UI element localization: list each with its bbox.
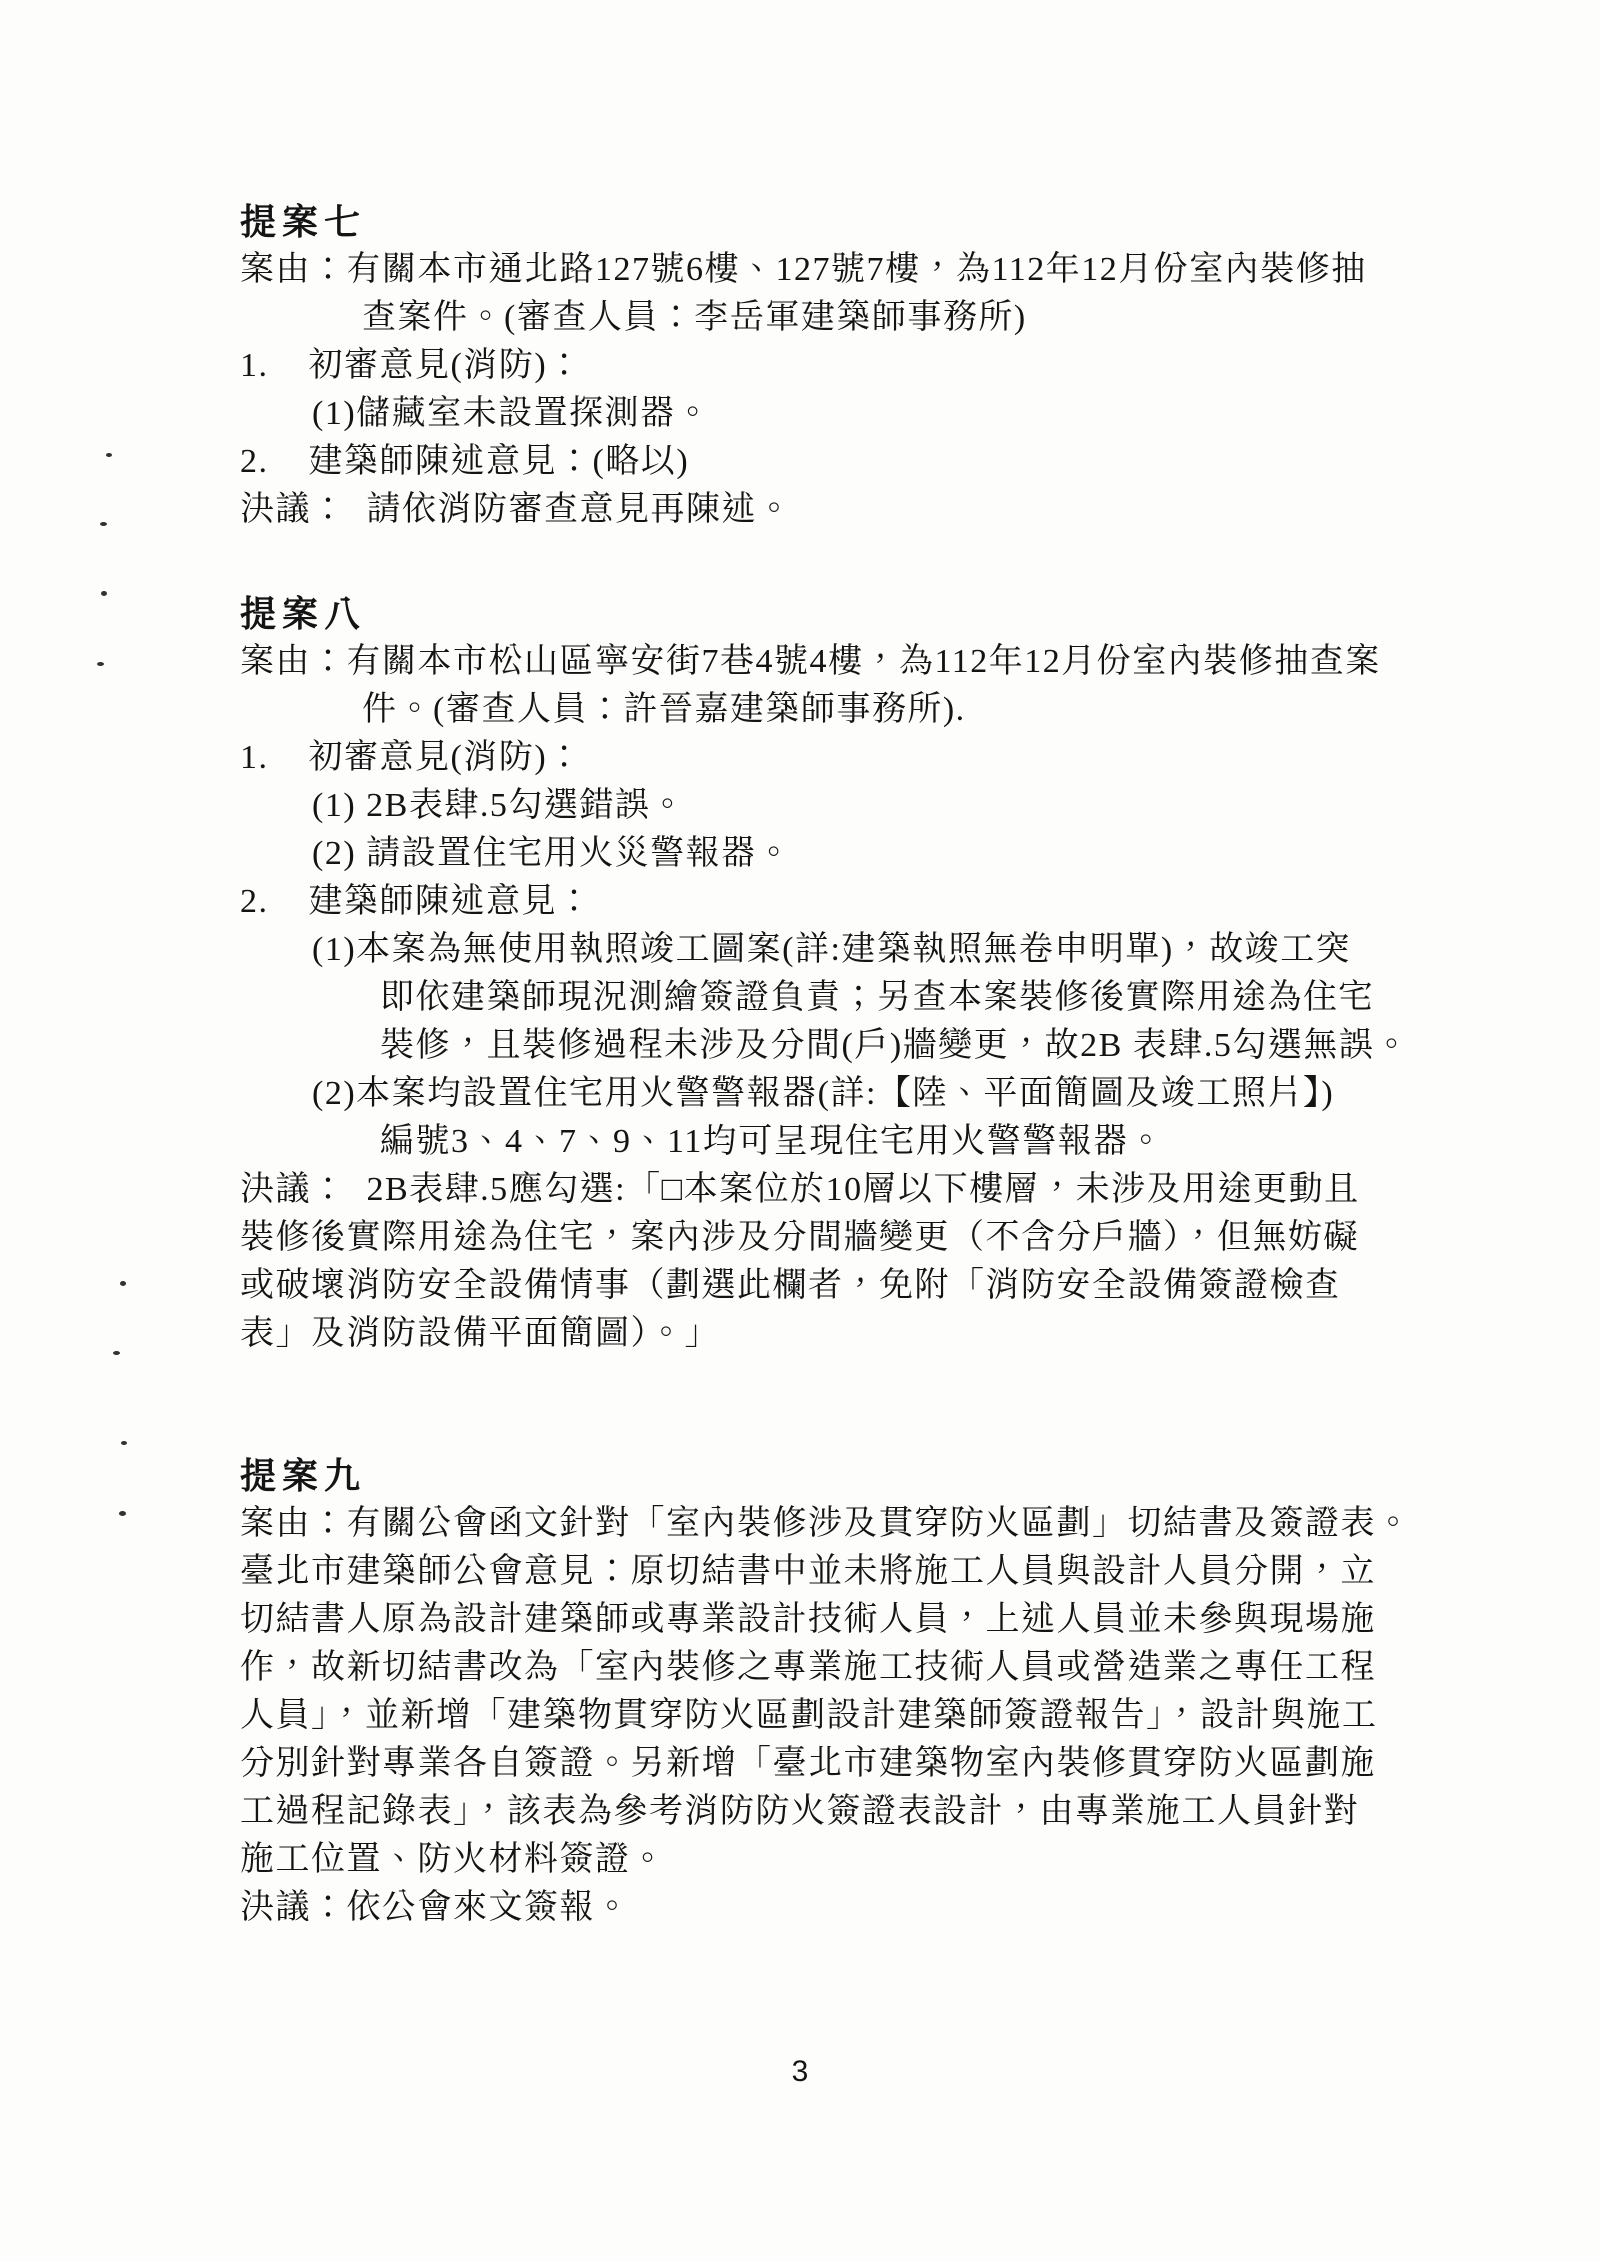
text-line: 分別針對專業各自簽證。另新增「臺北市建築物室內裝修貫穿防火區劃施	[240, 1740, 1600, 1788]
scanned-document-page: 提案七案由：有關本市通北路127號6樓、127號7樓，為112年12月份室內裝修…	[0, 0, 1600, 2262]
scan-speckle	[101, 591, 107, 596]
scan-speckle	[97, 662, 104, 666]
text-line: 工過程記錄表」，該表為參考消防防火簽證表設計，由專業施工人員針對	[240, 1788, 1600, 1836]
text-line: 1. 初審意見(消防)：	[240, 342, 1600, 390]
text-line: 案由：有關本市松山區寧安街7巷4號4樓，為112年12月份室內裝修抽查案	[240, 638, 1600, 686]
section-heading: 提案九	[240, 1452, 1600, 1500]
text-line: 2. 建築師陳述意見：	[240, 878, 1600, 926]
text-line: 施工位置、防火材料簽證。	[240, 1836, 1600, 1884]
text-line: (1)儲藏室未設置探測器。	[240, 390, 1600, 438]
text-line: 1. 初審意見(消防)：	[240, 734, 1600, 782]
text-line: 編號3、4、7、9、11均可呈現住宅用火警警報器。	[240, 1118, 1600, 1166]
section-proposal-8: 提案八案由：有關本市松山區寧安街7巷4號4樓，為112年12月份室內裝修抽查案件…	[240, 590, 1600, 1358]
scan-speckle	[106, 453, 112, 457]
text-line: 作，故新切結書改為「室內裝修之專業施工技術人員或營造業之專任工程	[240, 1644, 1600, 1692]
text-line: 裝修，且裝修過程未涉及分間(戶)牆變更，故2B 表肆.5勾選無誤。	[240, 1022, 1600, 1070]
scan-speckle	[120, 1281, 126, 1286]
document-content: 提案七案由：有關本市通北路127號6樓、127號7樓，為112年12月份室內裝修…	[0, 0, 1600, 1932]
text-line: 人員」，並新增「建築物貫穿防火區劃設計建築師簽證報告」，設計與施工	[240, 1692, 1600, 1740]
scan-speckle	[121, 1441, 127, 1445]
text-line: 案由：有關本市通北路127號6樓、127號7樓，為112年12月份室內裝修抽	[240, 246, 1600, 294]
text-line: 決議： 請依消防審查意見再陳述。	[240, 486, 1600, 534]
text-line: 案由：有關公會函文針對「室內裝修涉及貫穿防火區劃」切結書及簽證表。	[240, 1500, 1600, 1548]
text-line: (1) 2B表肆.5勾選錯誤。	[240, 782, 1600, 830]
text-line: 切結書人原為設計建築師或專業設計技術人員，上述人員並未參與現場施	[240, 1596, 1600, 1644]
page-number: 3	[0, 2052, 1600, 2092]
section-proposal-9: 提案九案由：有關公會函文針對「室內裝修涉及貫穿防火區劃」切結書及簽證表。臺北市建…	[240, 1452, 1600, 1932]
section-heading: 提案七	[240, 198, 1600, 246]
text-line: 表」及消防設備平面簡圖）。」	[240, 1310, 1600, 1358]
scan-speckle	[119, 1511, 126, 1516]
scan-speckle	[113, 1351, 120, 1355]
text-line: 決議： 2B表肆.5應勾選:「□本案位於10層以下樓層，未涉及用途更動且	[240, 1166, 1600, 1214]
text-line: 裝修後實際用途為住宅，案內涉及分間牆變更（不含分戶牆），但無妨礙	[240, 1214, 1600, 1262]
text-line: 決議：依公會來文簽報。	[240, 1884, 1600, 1932]
text-line: 件。(審查人員：許晉嘉建築師事務所).	[240, 686, 1600, 734]
section-proposal-7: 提案七案由：有關本市通北路127號6樓、127號7樓，為112年12月份室內裝修…	[240, 198, 1600, 534]
text-line: 臺北市建築師公會意見：原切結書中並未將施工人員與設計人員分開，立	[240, 1548, 1600, 1596]
text-line: 或破壞消防安全設備情事（劃選此欄者，免附「消防安全設備簽證檢查	[240, 1262, 1600, 1310]
text-line: (2)本案均設置住宅用火警警報器(詳:【陸、平面簡圖及竣工照片】)	[240, 1070, 1600, 1118]
text-line: (2) 請設置住宅用火災警報器。	[240, 830, 1600, 878]
section-heading: 提案八	[240, 590, 1600, 638]
scan-speckle	[100, 522, 107, 526]
text-line: 查案件。(審查人員：李岳軍建築師事務所)	[240, 294, 1600, 342]
text-line: 即依建築師現況測繪簽證負責；另查本案裝修後實際用途為住宅	[240, 974, 1600, 1022]
text-line: (1)本案為無使用執照竣工圖案(詳:建築執照無卷申明單)，故竣工突	[240, 926, 1600, 974]
text-line: 2. 建築師陳述意見：(略以)	[240, 438, 1600, 486]
